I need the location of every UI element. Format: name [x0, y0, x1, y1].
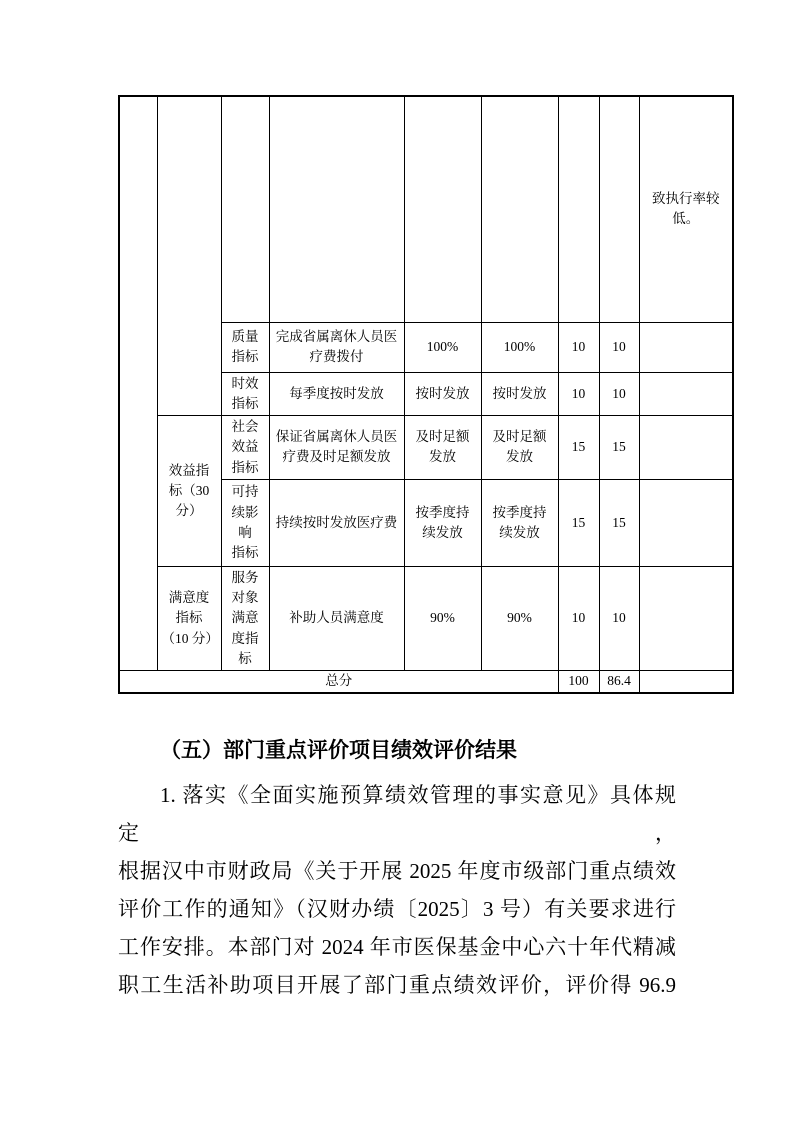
total-max-score-cell: 100: [558, 671, 599, 693]
target-value-cell: 100%: [404, 322, 481, 372]
indicator-group-cell: 效益指 标（30 分）: [157, 416, 221, 567]
target-value-cell: 90%: [404, 566, 481, 670]
total-row: 总分 100 86.4: [119, 671, 733, 693]
table-row: 致执行率较低。: [119, 96, 733, 322]
note-empty-cell: [639, 416, 733, 480]
note-empty-cell: [639, 671, 733, 693]
max-score-cell: 15: [558, 416, 599, 480]
target-value-cell: 及时足额 发放: [404, 416, 481, 480]
indicator-group-empty-cell: [157, 96, 221, 416]
total-label-cell: 总分: [119, 671, 558, 693]
max-score-cell: 15: [558, 479, 599, 566]
indicator-name-cell: 补助人员满意度: [269, 566, 404, 670]
score-cell: 15: [599, 479, 639, 566]
actual-value-cell: 及时足额 发放: [481, 416, 558, 480]
paragraph-line: 职工生活补助项目开展了部门重点绩效评价，评价得 96.9: [118, 966, 676, 1004]
subtype-cell: 可持 续影 响 指标: [221, 479, 269, 566]
subtype-cell: 时效 指标: [221, 372, 269, 416]
subtype-cell: 社会 效益 指标: [221, 416, 269, 480]
paragraph-line: 1. 落实《全面实施预算绩效管理的事实意见》具体规定，: [118, 776, 676, 852]
note-empty-cell: [639, 479, 733, 566]
score-cell: 15: [599, 416, 639, 480]
paragraph-line: 工作安排。本部门对 2024 年市医保基金中心六十年代精减: [118, 928, 676, 966]
target-value-cell: 按季度持 续发放: [404, 479, 481, 566]
max-score-cell: 10: [558, 322, 599, 372]
actual-value-cell: 90%: [481, 566, 558, 670]
actual-value-cell: 100%: [481, 322, 558, 372]
table-row: 效益指 标（30 分） 社会 效益 指标 保证省属离休人员医 疗费及时足额发放 …: [119, 416, 733, 480]
score-cell: 10: [599, 372, 639, 416]
subtype-cell: 质量 指标: [221, 322, 269, 372]
note-carryover-cell: 致执行率较低。: [639, 96, 733, 322]
actual-value-cell: 按时发放: [481, 372, 558, 416]
document-page: 致执行率较低。 质量 指标 完成省属离休人员医 疗费拨付 100% 100% 1…: [0, 0, 793, 1122]
indicator-name-cell: 保证省属离休人员医 疗费及时足额发放: [269, 416, 404, 480]
indicator-level1-empty-cell: [119, 96, 157, 671]
note-empty-cell: [639, 566, 733, 670]
max-score-cell: 10: [558, 566, 599, 670]
note-empty-cell: [639, 372, 733, 416]
score-cell: 10: [599, 566, 639, 670]
indicator-name-empty-cell: [269, 96, 404, 322]
indicator-name-cell: 完成省属离休人员医 疗费拨付: [269, 322, 404, 372]
max-score-empty-cell: [558, 96, 599, 322]
table-row: 满意度 指标 （10 分） 服务 对象 满意 度指 标 补助人员满意度 90% …: [119, 566, 733, 670]
subtype-cell: 服务 对象 满意 度指 标: [221, 566, 269, 670]
score-cell: 10: [599, 322, 639, 372]
score-empty-cell: [599, 96, 639, 322]
actual-value-cell: 按季度持 续发放: [481, 479, 558, 566]
evaluation-result-section: （五）部门重点评价项目绩效评价结果 1. 落实《全面实施预算绩效管理的事实意见》…: [118, 737, 676, 1004]
actual-empty-cell: [481, 96, 558, 322]
note-empty-cell: [639, 322, 733, 372]
paragraph-line: 根据汉中市财政局《关于开展 2025 年度市级部门重点绩效: [118, 852, 676, 890]
subtype-empty-cell: [221, 96, 269, 322]
performance-score-table: 致执行率较低。 质量 指标 完成省属离休人员医 疗费拨付 100% 100% 1…: [118, 95, 734, 694]
max-score-cell: 10: [558, 372, 599, 416]
target-value-cell: 按时发放: [404, 372, 481, 416]
total-score-cell: 86.4: [599, 671, 639, 693]
indicator-name-cell: 每季度按时发放: [269, 372, 404, 416]
section-heading: （五）部门重点评价项目绩效评价结果: [118, 737, 676, 763]
indicator-name-cell: 持续按时发放医疗费: [269, 479, 404, 566]
paragraph-line: 评价工作的通知》（汉财办绩〔2025〕3 号）有关要求进行: [118, 890, 676, 928]
indicator-group-cell: 满意度 指标 （10 分）: [157, 566, 221, 670]
target-empty-cell: [404, 96, 481, 322]
